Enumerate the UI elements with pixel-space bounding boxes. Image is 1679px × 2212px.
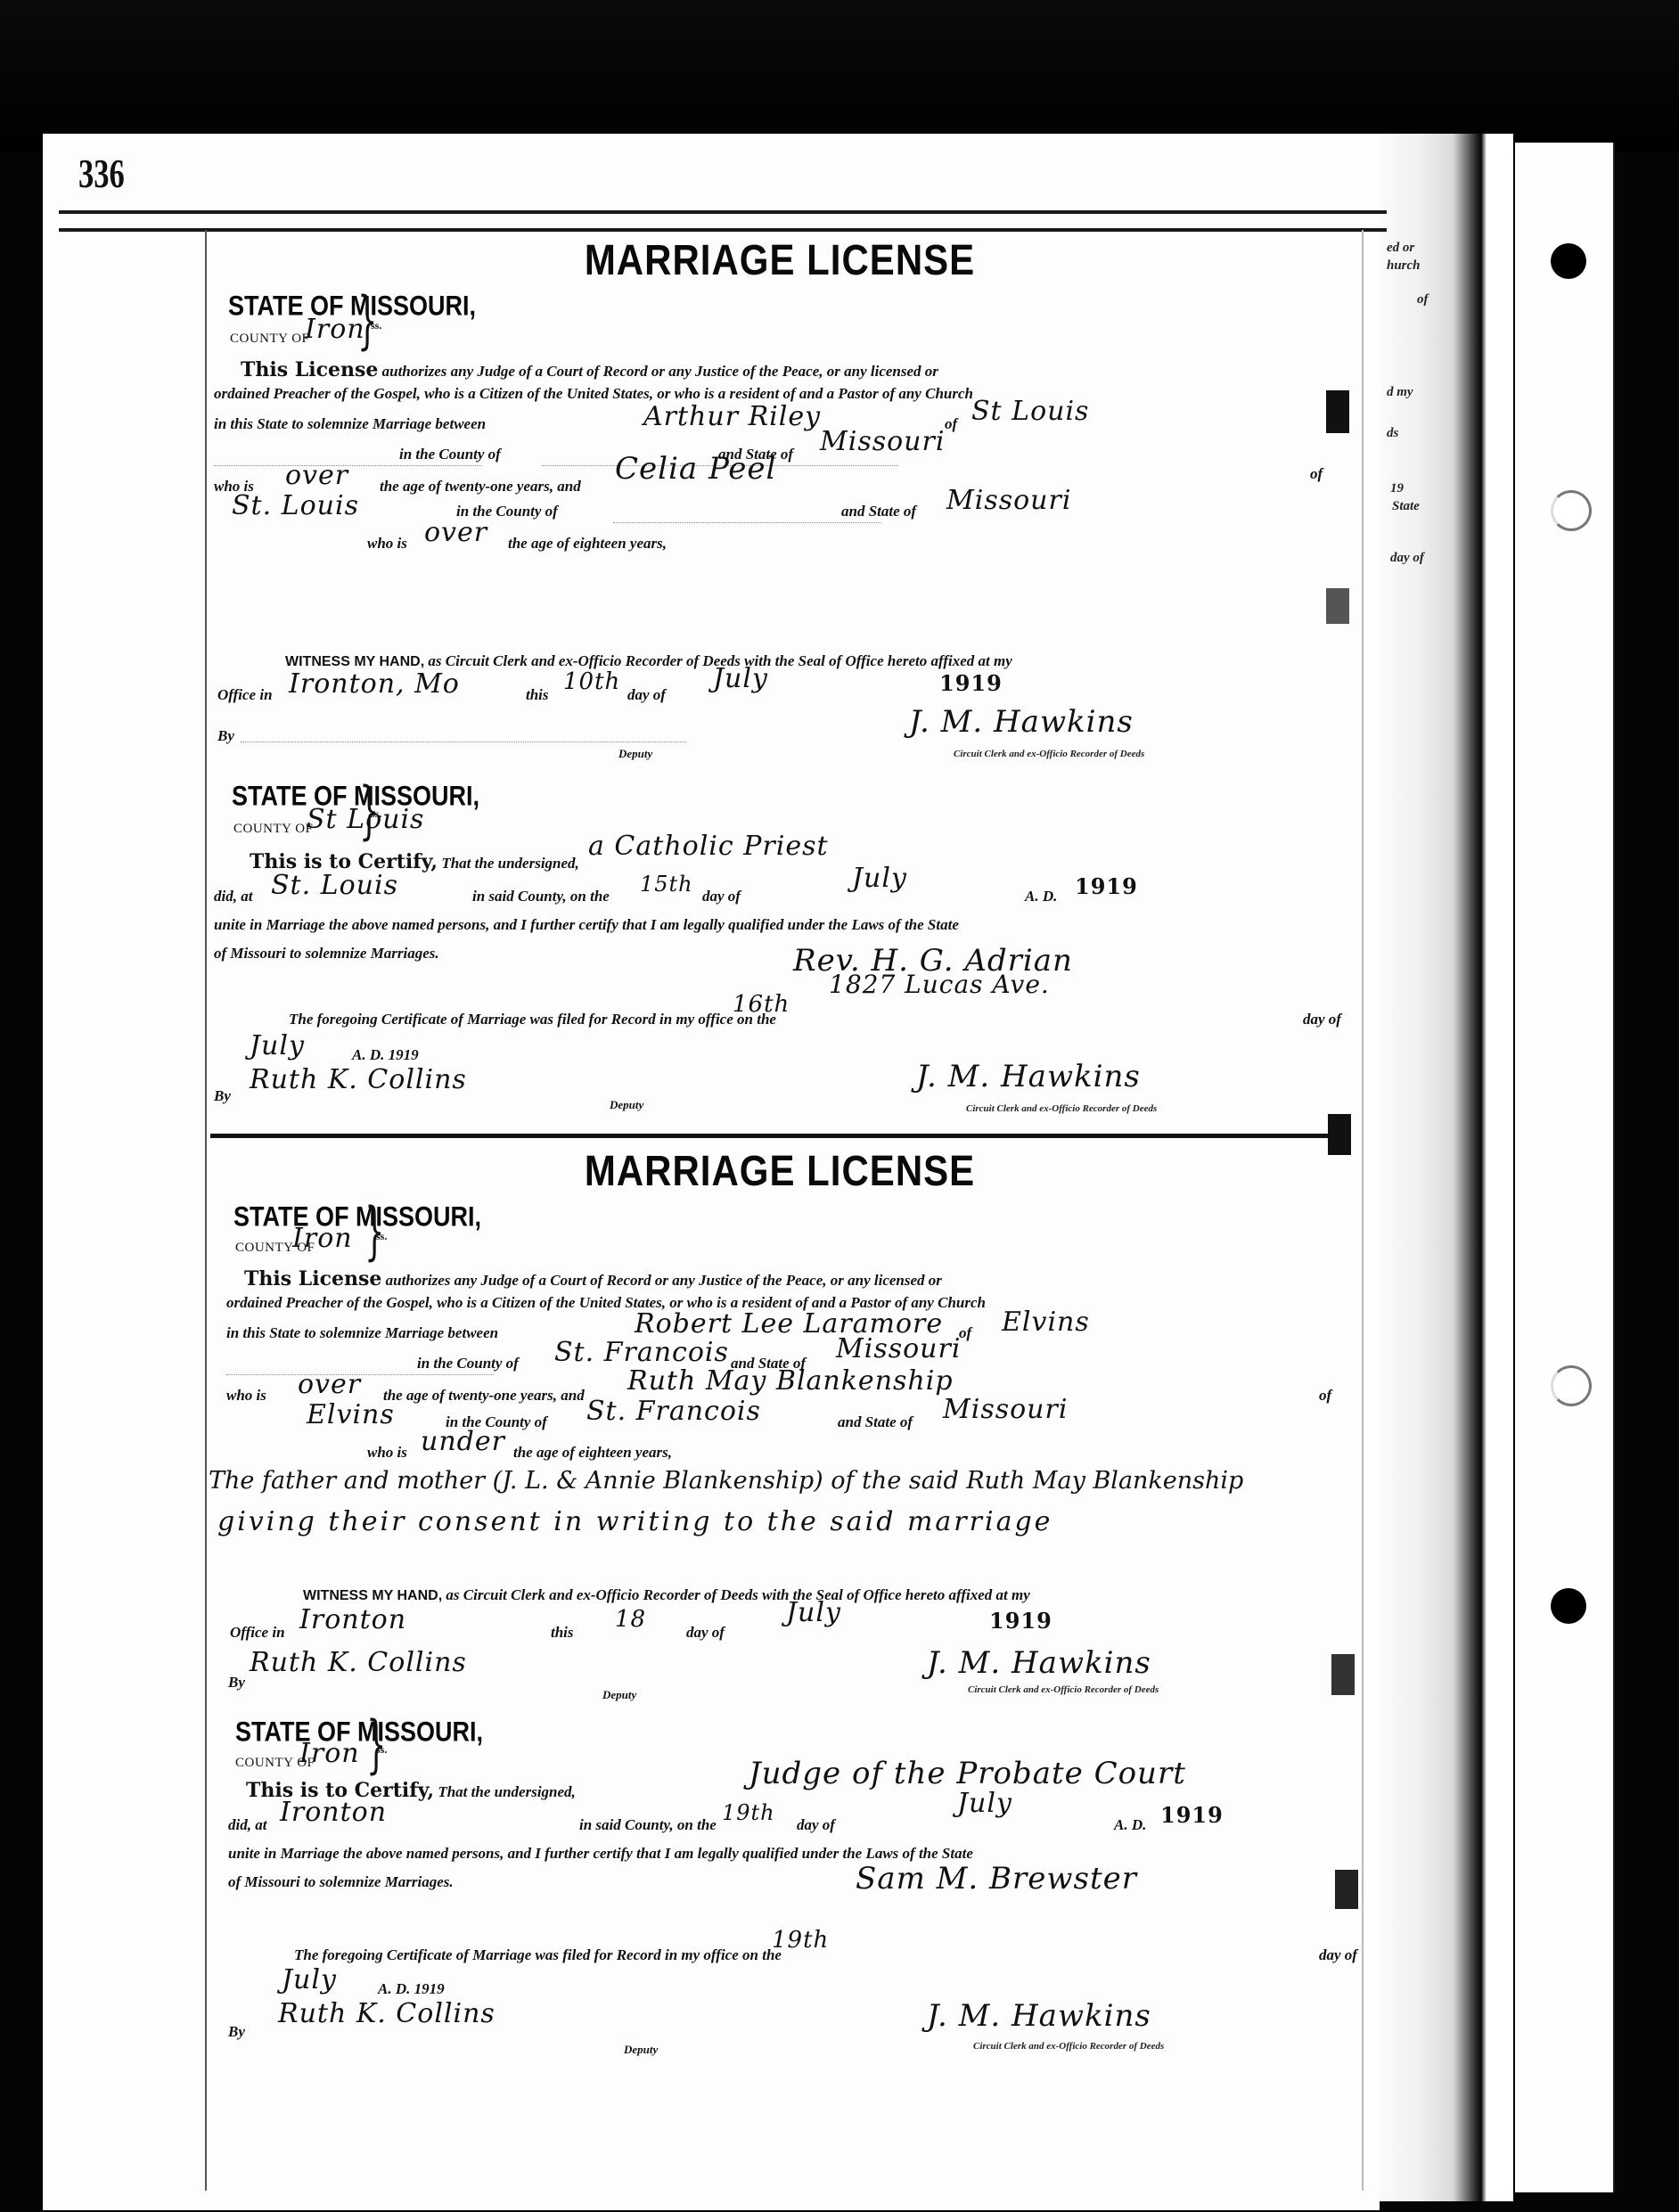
- officiant-address: 1827 Lucas Ave.: [829, 970, 1050, 999]
- groom-state: Missouri: [836, 1333, 961, 1364]
- certificate-day: 15th: [640, 872, 693, 897]
- certificate-place: Ironton: [280, 1797, 387, 1828]
- license-title: MARRIAGE LICENSE: [214, 235, 1346, 284]
- groom-residence: St Louis: [971, 396, 1089, 427]
- office-in-label: Office in: [217, 686, 273, 704]
- day-of-label: day of: [797, 1816, 835, 1834]
- groom-name: Arthur Riley: [643, 401, 821, 432]
- officiant-title: Judge of the Probate Court: [749, 1756, 1186, 1791]
- ad-text: A. D.: [352, 1046, 384, 1063]
- by-label: By: [214, 1087, 231, 1105]
- unite-line: unite in Marriage the above named person…: [228, 1845, 973, 1863]
- certificate-day: 19th: [722, 1800, 775, 1825]
- this-label: this: [526, 686, 549, 704]
- bride-age-status: over: [424, 517, 487, 548]
- blank-line: [241, 741, 686, 742]
- adjacent-page-fragment: d my: [1387, 385, 1413, 400]
- ss-label: ss.: [376, 1743, 387, 1757]
- adjacent-page-fragment: hurch: [1387, 258, 1421, 274]
- license-line: authorizes any Judge of a Court of Recor…: [382, 363, 938, 380]
- said-county-label: in said County, on the: [579, 1816, 717, 1834]
- clerk-title: Circuit Clerk and ex-Officio Recorder of…: [973, 2041, 1164, 2052]
- groom-age-status: over: [285, 460, 348, 491]
- deputy-label: Deputy: [602, 1688, 636, 1702]
- deputy-label: Deputy: [618, 747, 652, 761]
- certificate-year: 1919: [1075, 873, 1138, 899]
- certify-line: That the undersigned,: [438, 1783, 575, 1800]
- bride-residence: St. Louis: [232, 490, 359, 521]
- certificate-place: St. Louis: [271, 870, 398, 901]
- binder-strip: [1515, 143, 1615, 2192]
- bride-state: Missouri: [946, 485, 1071, 516]
- punch-hole-icon: [1551, 490, 1592, 531]
- witness-office-place: Ironton: [299, 1604, 406, 1635]
- certificate-month: July: [957, 1788, 1012, 1819]
- did-at-label: did, at: [214, 888, 252, 905]
- margin-line: [205, 230, 207, 2191]
- clerk-signature: J. M. Hawkins: [916, 1059, 1141, 1094]
- clerk-signature: J. M. Hawkins: [927, 1998, 1151, 2034]
- adjacent-page-fragment: 19: [1390, 481, 1404, 496]
- filing-deputy: Ruth K. Collins: [250, 1064, 467, 1095]
- who-is-label: who is: [367, 1444, 407, 1462]
- license-title: MARRIAGE LICENSE: [214, 1146, 1346, 1195]
- license-line: ordained Preacher of the Gospel, who is …: [214, 385, 973, 403]
- of-label: of: [1310, 465, 1323, 483]
- page-number: 336: [78, 150, 125, 197]
- county-label: in the County of: [417, 1355, 519, 1372]
- license-lead: This License: [241, 358, 378, 381]
- filing-day: 16th: [733, 991, 790, 1018]
- ad-label: A. D.: [1025, 888, 1057, 905]
- clerk-signature: J. M. Hawkins: [909, 704, 1134, 740]
- ad-label: A. D.: [1114, 1816, 1146, 1834]
- county-label: in the County of: [399, 446, 501, 463]
- deputy-label: Deputy: [624, 2043, 658, 2057]
- witness-office-place: Ironton, Mo: [289, 668, 460, 700]
- witness-lead: WITNESS MY HAND,: [285, 654, 424, 669]
- ss-label: ss.: [371, 319, 381, 332]
- state-label: and State of: [838, 1413, 913, 1431]
- bride-state: Missouri: [943, 1394, 1068, 1425]
- age-18-label: the age of eighteen years,: [508, 535, 667, 553]
- filing-deputy: Ruth K. Collins: [278, 1998, 496, 2029]
- blank-line: [613, 522, 880, 523]
- license-text: This License authorizes any Judge of a C…: [241, 358, 938, 381]
- ad-label: A. D. 1919: [378, 1980, 445, 1998]
- record-2: MARRIAGE LICENSE STATE OF MISSOURI, COUN…: [214, 1141, 1346, 2192]
- witness-year: 1919: [939, 670, 1003, 696]
- scan-background: [0, 0, 1679, 152]
- consent-note: giving their consent in writing to the s…: [217, 1506, 1052, 1537]
- witness-day: 10th: [563, 668, 620, 695]
- officiant-title: a Catholic Priest: [588, 831, 829, 862]
- witness-text: WITNESS MY HAND, as Circuit Clerk and ex…: [303, 1586, 1030, 1604]
- county-label: COUNTY OF: [230, 332, 309, 347]
- punch-hole-icon: [1551, 1588, 1586, 1624]
- certificate-month: July: [852, 863, 907, 894]
- bride-name: Ruth May Blankenship: [627, 1365, 954, 1397]
- certificate-county: Iron: [299, 1738, 360, 1769]
- filed-text: The foregoing Certificate of Marriage wa…: [289, 1011, 776, 1028]
- by-label: By: [228, 2023, 245, 2041]
- clerk-title: Circuit Clerk and ex-Officio Recorder of…: [966, 1103, 1157, 1114]
- ad-text: A. D.: [378, 1980, 410, 1997]
- day-of-label: day of: [686, 1624, 725, 1642]
- record-separator: [210, 1134, 1351, 1138]
- by-label: By: [228, 1674, 245, 1692]
- license-county: Iron: [292, 1223, 353, 1254]
- margin-line: [1362, 230, 1364, 2191]
- groom-age-status: over: [298, 1369, 361, 1400]
- license-county: Iron: [305, 314, 365, 345]
- day-of-label: day of: [627, 686, 666, 704]
- license-line: in this State to solemnize Marriage betw…: [226, 1324, 498, 1342]
- page-edge-shadow: [1380, 134, 1513, 2201]
- filing-year: 1919: [389, 1046, 419, 1063]
- adjacent-page-fragment: ed or: [1387, 241, 1414, 256]
- deputy-label: Deputy: [610, 1098, 643, 1112]
- who-is-label: who is: [226, 1387, 266, 1405]
- age-21-label: the age of twenty-one years, and: [383, 1387, 585, 1405]
- filing-year: 1919: [414, 1980, 445, 1997]
- age-21-label: the age of twenty-one years, and: [380, 478, 581, 496]
- groom-county: St. Francois: [554, 1337, 729, 1368]
- witness-month: July: [786, 1597, 841, 1628]
- witness-text: WITNESS MY HAND, as Circuit Clerk and ex…: [285, 652, 1012, 670]
- groom-state: Missouri: [820, 426, 945, 457]
- witness-line: as Circuit Clerk and ex-Officio Recorder…: [446, 1586, 1029, 1603]
- license-line: in this State to solemnize Marriage betw…: [214, 415, 486, 433]
- filing-month: July: [282, 1964, 337, 1995]
- bride-residence: Elvins: [307, 1399, 395, 1430]
- clerk-title: Circuit Clerk and ex-Officio Recorder of…: [954, 749, 1144, 759]
- did-at-label: did, at: [228, 1816, 266, 1834]
- filed-text: The foregoing Certificate of Marriage wa…: [294, 1946, 782, 1964]
- witness-lead: WITNESS MY HAND,: [303, 1588, 442, 1603]
- county-label: COUNTY OF: [233, 822, 313, 837]
- ss-label: ss.: [371, 807, 381, 821]
- license-line: authorizes any Judge of a Court of Recor…: [386, 1272, 942, 1289]
- missouri-line: of Missouri to solemnize Marriages.: [228, 1873, 454, 1891]
- day-of-label: day of: [702, 888, 741, 905]
- license-lead: This License: [244, 1267, 381, 1290]
- clerk-signature: J. M. Hawkins: [927, 1645, 1151, 1681]
- witness-deputy: Ruth K. Collins: [250, 1647, 467, 1678]
- witness-month: July: [713, 663, 768, 694]
- of-label: of: [1319, 1387, 1331, 1405]
- adjacent-page-fragment: of: [1417, 292, 1429, 307]
- ad-label: A. D. 1919: [352, 1046, 419, 1064]
- punch-hole-icon: [1551, 243, 1586, 279]
- by-label: By: [217, 727, 234, 745]
- this-label: this: [551, 1624, 574, 1642]
- ss-label: ss.: [376, 1230, 387, 1243]
- adjacent-page-fragment: day of: [1390, 551, 1424, 566]
- certificate-year: 1919: [1160, 1802, 1224, 1828]
- unite-line: unite in Marriage the above named person…: [214, 916, 959, 934]
- punch-hole-icon: [1551, 1365, 1592, 1406]
- bride-county: St. Francois: [586, 1396, 761, 1427]
- filing-month: July: [250, 1030, 305, 1061]
- clerk-title: Circuit Clerk and ex-Officio Recorder of…: [968, 1684, 1159, 1695]
- consent-note: The father and mother (J. L. & Annie Bla…: [209, 1467, 1243, 1495]
- witness-year: 1919: [989, 1608, 1052, 1634]
- certify-line: That the undersigned,: [441, 855, 578, 872]
- adjacent-page-fragment: ds: [1387, 426, 1398, 441]
- witness-day: 18: [615, 1606, 646, 1633]
- day-of-label: day of: [1319, 1946, 1357, 1964]
- officiant-signature: Sam M. Brewster: [856, 1861, 1137, 1897]
- office-in-label: Office in: [230, 1624, 285, 1642]
- groom-residence: Elvins: [1002, 1307, 1090, 1338]
- of-label: of: [945, 415, 957, 433]
- filing-day: 19th: [772, 1927, 829, 1954]
- said-county-label: in said County, on the: [472, 888, 610, 905]
- record-1: MARRIAGE LICENSE STATE OF MISSOURI, COUN…: [214, 232, 1346, 1132]
- bride-name: Celia Peel: [615, 451, 776, 487]
- bride-age-status: under: [421, 1426, 505, 1457]
- missouri-line: of Missouri to solemnize Marriages.: [214, 945, 439, 963]
- license-text: This License authorizes any Judge of a C…: [244, 1267, 942, 1290]
- day-of-label: day of: [1303, 1011, 1341, 1028]
- adjacent-page-fragment: State: [1392, 499, 1420, 514]
- state-label: and State of: [841, 503, 916, 520]
- header-rule: [59, 210, 1387, 214]
- state-heading: STATE OF MISSOURI,: [233, 1201, 481, 1233]
- who-is-label: who is: [367, 535, 407, 553]
- age-18-label: the age of eighteen years,: [513, 1444, 672, 1462]
